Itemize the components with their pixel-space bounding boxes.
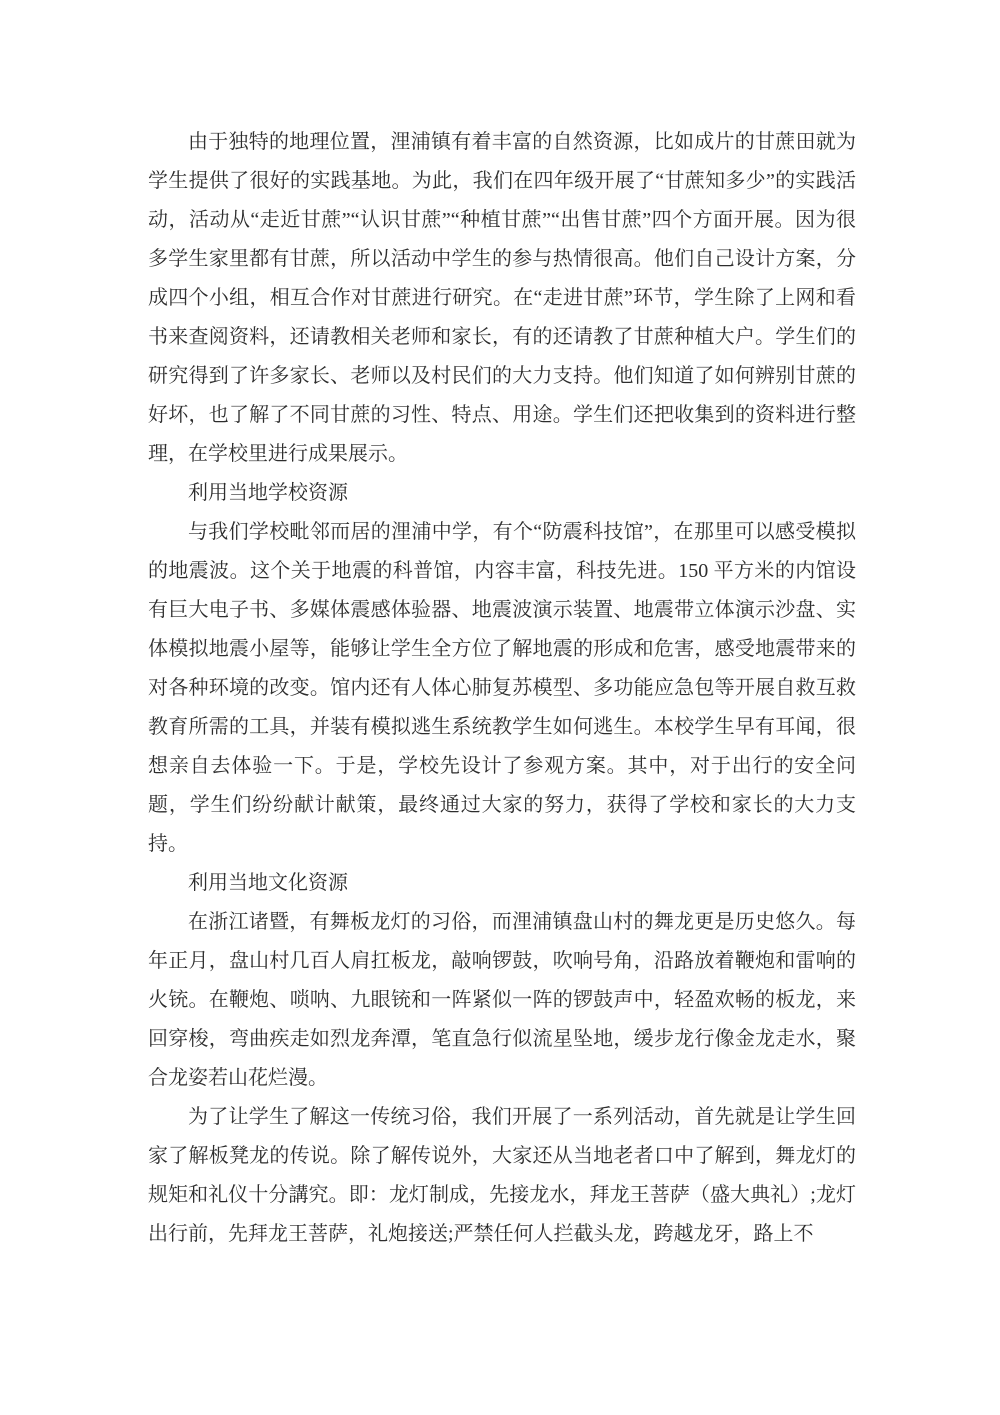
document-page: 由于独特的地理位置，浬浦镇有着丰富的自然资源，比如成片的甘蔗田就为学生提供了很好… [0,0,1000,1415]
document-content: 由于独特的地理位置，浬浦镇有着丰富的自然资源，比如成片的甘蔗田就为学生提供了很好… [148,123,856,1254]
paragraph-dragon-lantern-activities: 为了让学生了解这一传统习俗，我们开展了一系列活动，首先就是让学生回家了解板凳龙的… [148,1098,856,1254]
paragraph-sugarcane-activity: 由于独特的地理位置，浬浦镇有着丰富的自然资源，比如成片的甘蔗田就为学生提供了很好… [148,123,856,474]
section-heading-school-resources: 利用当地学校资源 [148,474,856,513]
section-heading-culture-resources: 利用当地文化资源 [148,864,856,903]
paragraph-earthquake-museum: 与我们学校毗邻而居的浬浦中学，有个“防震科技馆”，在那里可以感受模拟的地震波。这… [148,513,856,864]
paragraph-dragon-lantern-custom: 在浙江诸暨，有舞板龙灯的习俗，而浬浦镇盘山村的舞龙更是历史悠久。每年正月，盘山村… [148,903,856,1098]
